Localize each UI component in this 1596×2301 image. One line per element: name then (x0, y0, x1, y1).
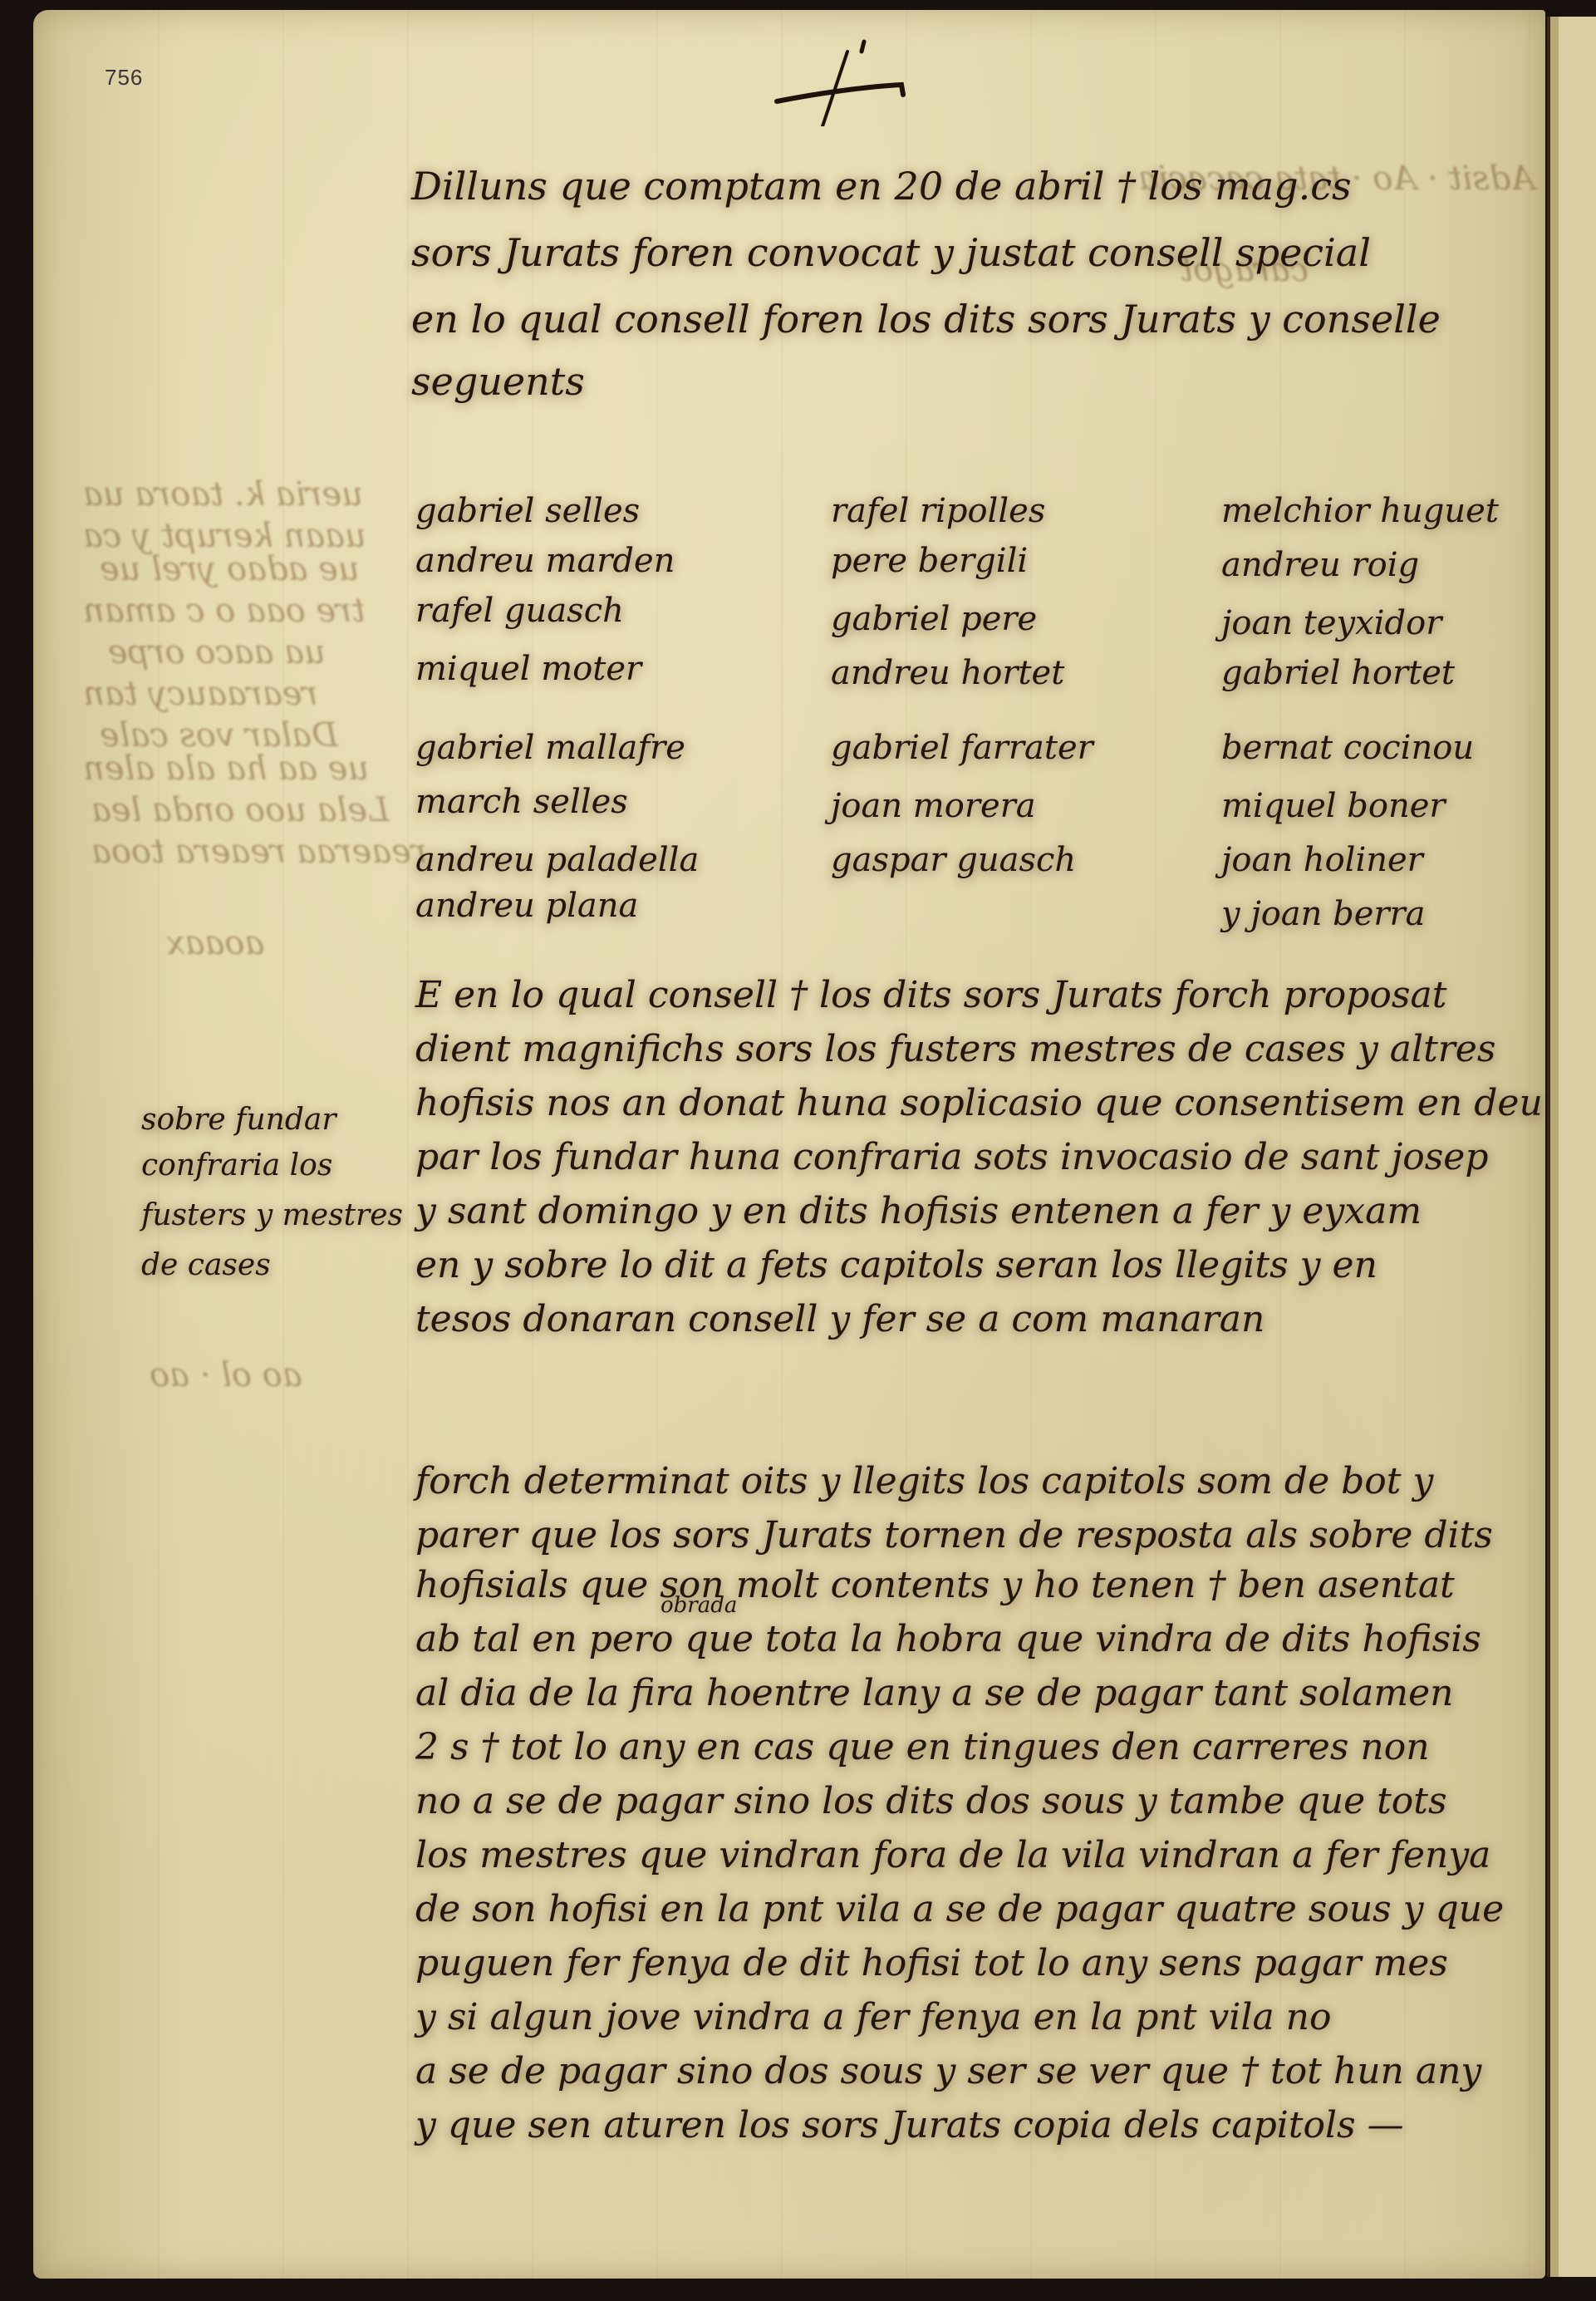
determination-line: no a se de pagar sino los dits dos sous … (415, 1780, 1447, 1822)
determination-line: parer que los sors Jurats tornen de resp… (415, 1514, 1493, 1556)
member-name: miquel boner (1221, 787, 1446, 825)
member-name: gaspar guasch (831, 841, 1076, 879)
cross-icon (769, 35, 910, 126)
determination-line: 2 s † tot lo any en cas que en tingues d… (415, 1726, 1430, 1768)
determination-line: de son hofisi en la pnt vila a se de pag… (415, 1888, 1504, 1930)
member-name: gabriel pere (831, 600, 1037, 638)
heading-line: seguents (411, 359, 585, 404)
margin-note-line: de cases (141, 1248, 271, 1282)
adjacent-page-edge (1547, 17, 1596, 2277)
member-name: andreu roig (1221, 546, 1419, 584)
proposal-line: en y sobre lo dit a fets capitols seran … (415, 1244, 1377, 1286)
determination-line: ab tal en pero que tota la hobra que vin… (415, 1618, 1481, 1660)
member-name: miquel moter (415, 650, 641, 688)
member-name: gabriel farrater (831, 729, 1093, 767)
margin-note-line: sobre fundar (141, 1103, 336, 1137)
heading-line: en lo qual consell foren los dits sors J… (411, 297, 1441, 342)
member-name: andreu paladella (415, 841, 699, 879)
member-name: gabriel mallafre (415, 729, 685, 767)
determination-line: puguen fer fenya de dit hofisi tot lo an… (415, 1942, 1448, 1984)
proposal-line: E en lo qual consell † los dits sors Jur… (415, 974, 1446, 1016)
member-name: joan teyxidor (1221, 604, 1441, 642)
member-name: rafel guasch (415, 592, 624, 630)
member-name: andreu hortet (831, 654, 1064, 692)
member-name: andreu plana (415, 887, 638, 925)
determination-line: al dia de la fira hoentre lany a se de p… (415, 1672, 1454, 1714)
proposal-line: tesos donaran consell y fer se a com man… (415, 1298, 1265, 1340)
proposal-line: hofisis nos an donat huna soplicasio que… (415, 1082, 1543, 1124)
determination-line: los mestres que vindran fora de la vila … (415, 1834, 1490, 1876)
member-name: y joan berra (1221, 895, 1426, 933)
member-name: joan holiner (1221, 841, 1423, 879)
heading-line: Dilluns que comptam en 20 de abril † los… (411, 164, 1352, 209)
determination-line: y si algun jove vindra a fer fenya en la… (415, 1996, 1332, 2038)
member-name: joan morera (831, 787, 1036, 825)
margin-note-line: fusters y mestres (141, 1198, 403, 1232)
interlinear-insertion: obrada (660, 1593, 737, 1618)
proposal-line: par los fundar huna confraria sots invoc… (415, 1136, 1489, 1178)
manuscript-page: 756 Adsit · Ao · tata cacacia caragot ue… (33, 10, 1545, 2279)
heading-line: sors Jurats foren convocat y justat cons… (411, 230, 1371, 275)
member-name: pere bergili (831, 542, 1028, 580)
member-name: bernat cocinou (1221, 729, 1474, 767)
determination-line: a se de pagar sino dos sous y ser se ver… (415, 2050, 1481, 2092)
member-name: march selles (415, 783, 628, 821)
determination-line: y que sen aturen los sors Jurats copia d… (415, 2104, 1404, 2146)
determination-line: hofisials que son molt contents y ho ten… (415, 1564, 1455, 1606)
proposal-line: y sant domingo y en dits hofisis entenen… (415, 1190, 1422, 1232)
member-name: melchior huguet (1221, 492, 1499, 530)
proposal-line: dient magnifichs sors los fusters mestre… (415, 1028, 1495, 1070)
member-name: gabriel selles (415, 492, 640, 530)
folio-number: 756 (105, 65, 143, 91)
determination-line: forch determinat oits y llegits los capi… (415, 1460, 1433, 1502)
member-name: gabriel hortet (1221, 654, 1455, 692)
member-name: rafel ripolles (831, 492, 1045, 530)
margin-note-line: confraria los (141, 1148, 332, 1182)
member-name: andreu marden (415, 542, 675, 580)
